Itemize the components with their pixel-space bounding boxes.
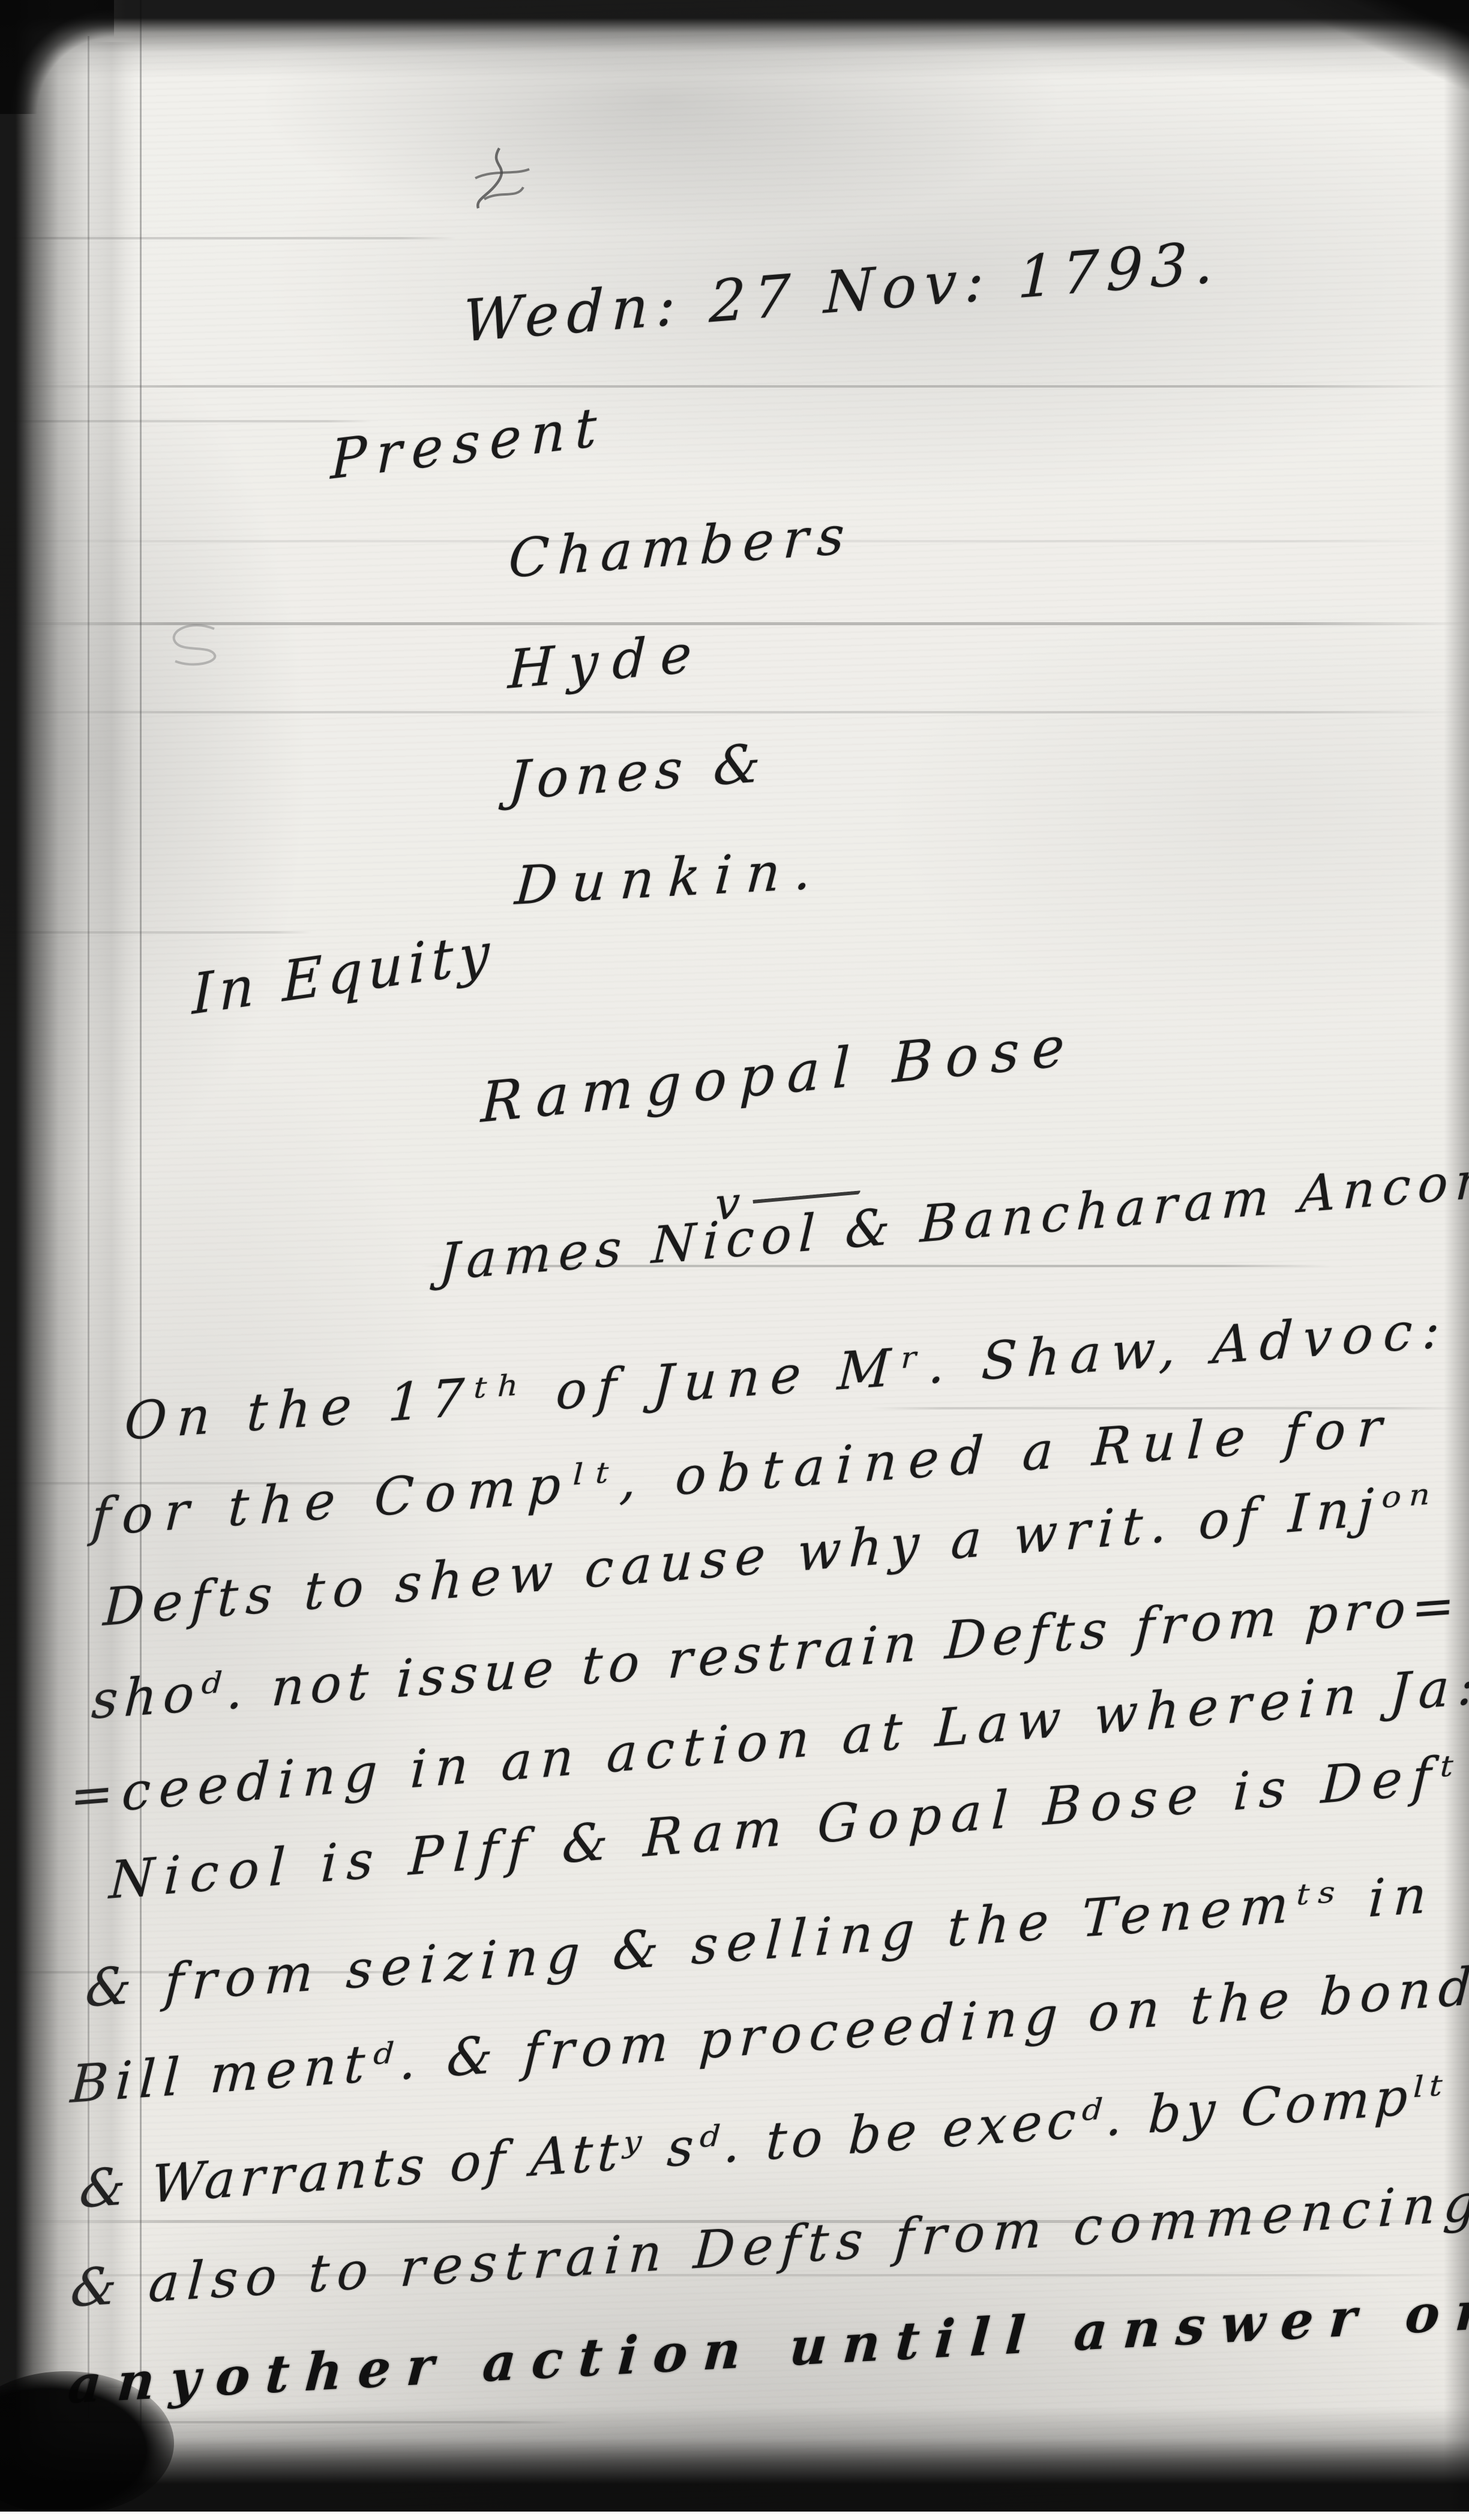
manuscript-scan: Wedn: 27 Nov: 1793. Present Chambers Hyd…: [0, 0, 1469, 2520]
